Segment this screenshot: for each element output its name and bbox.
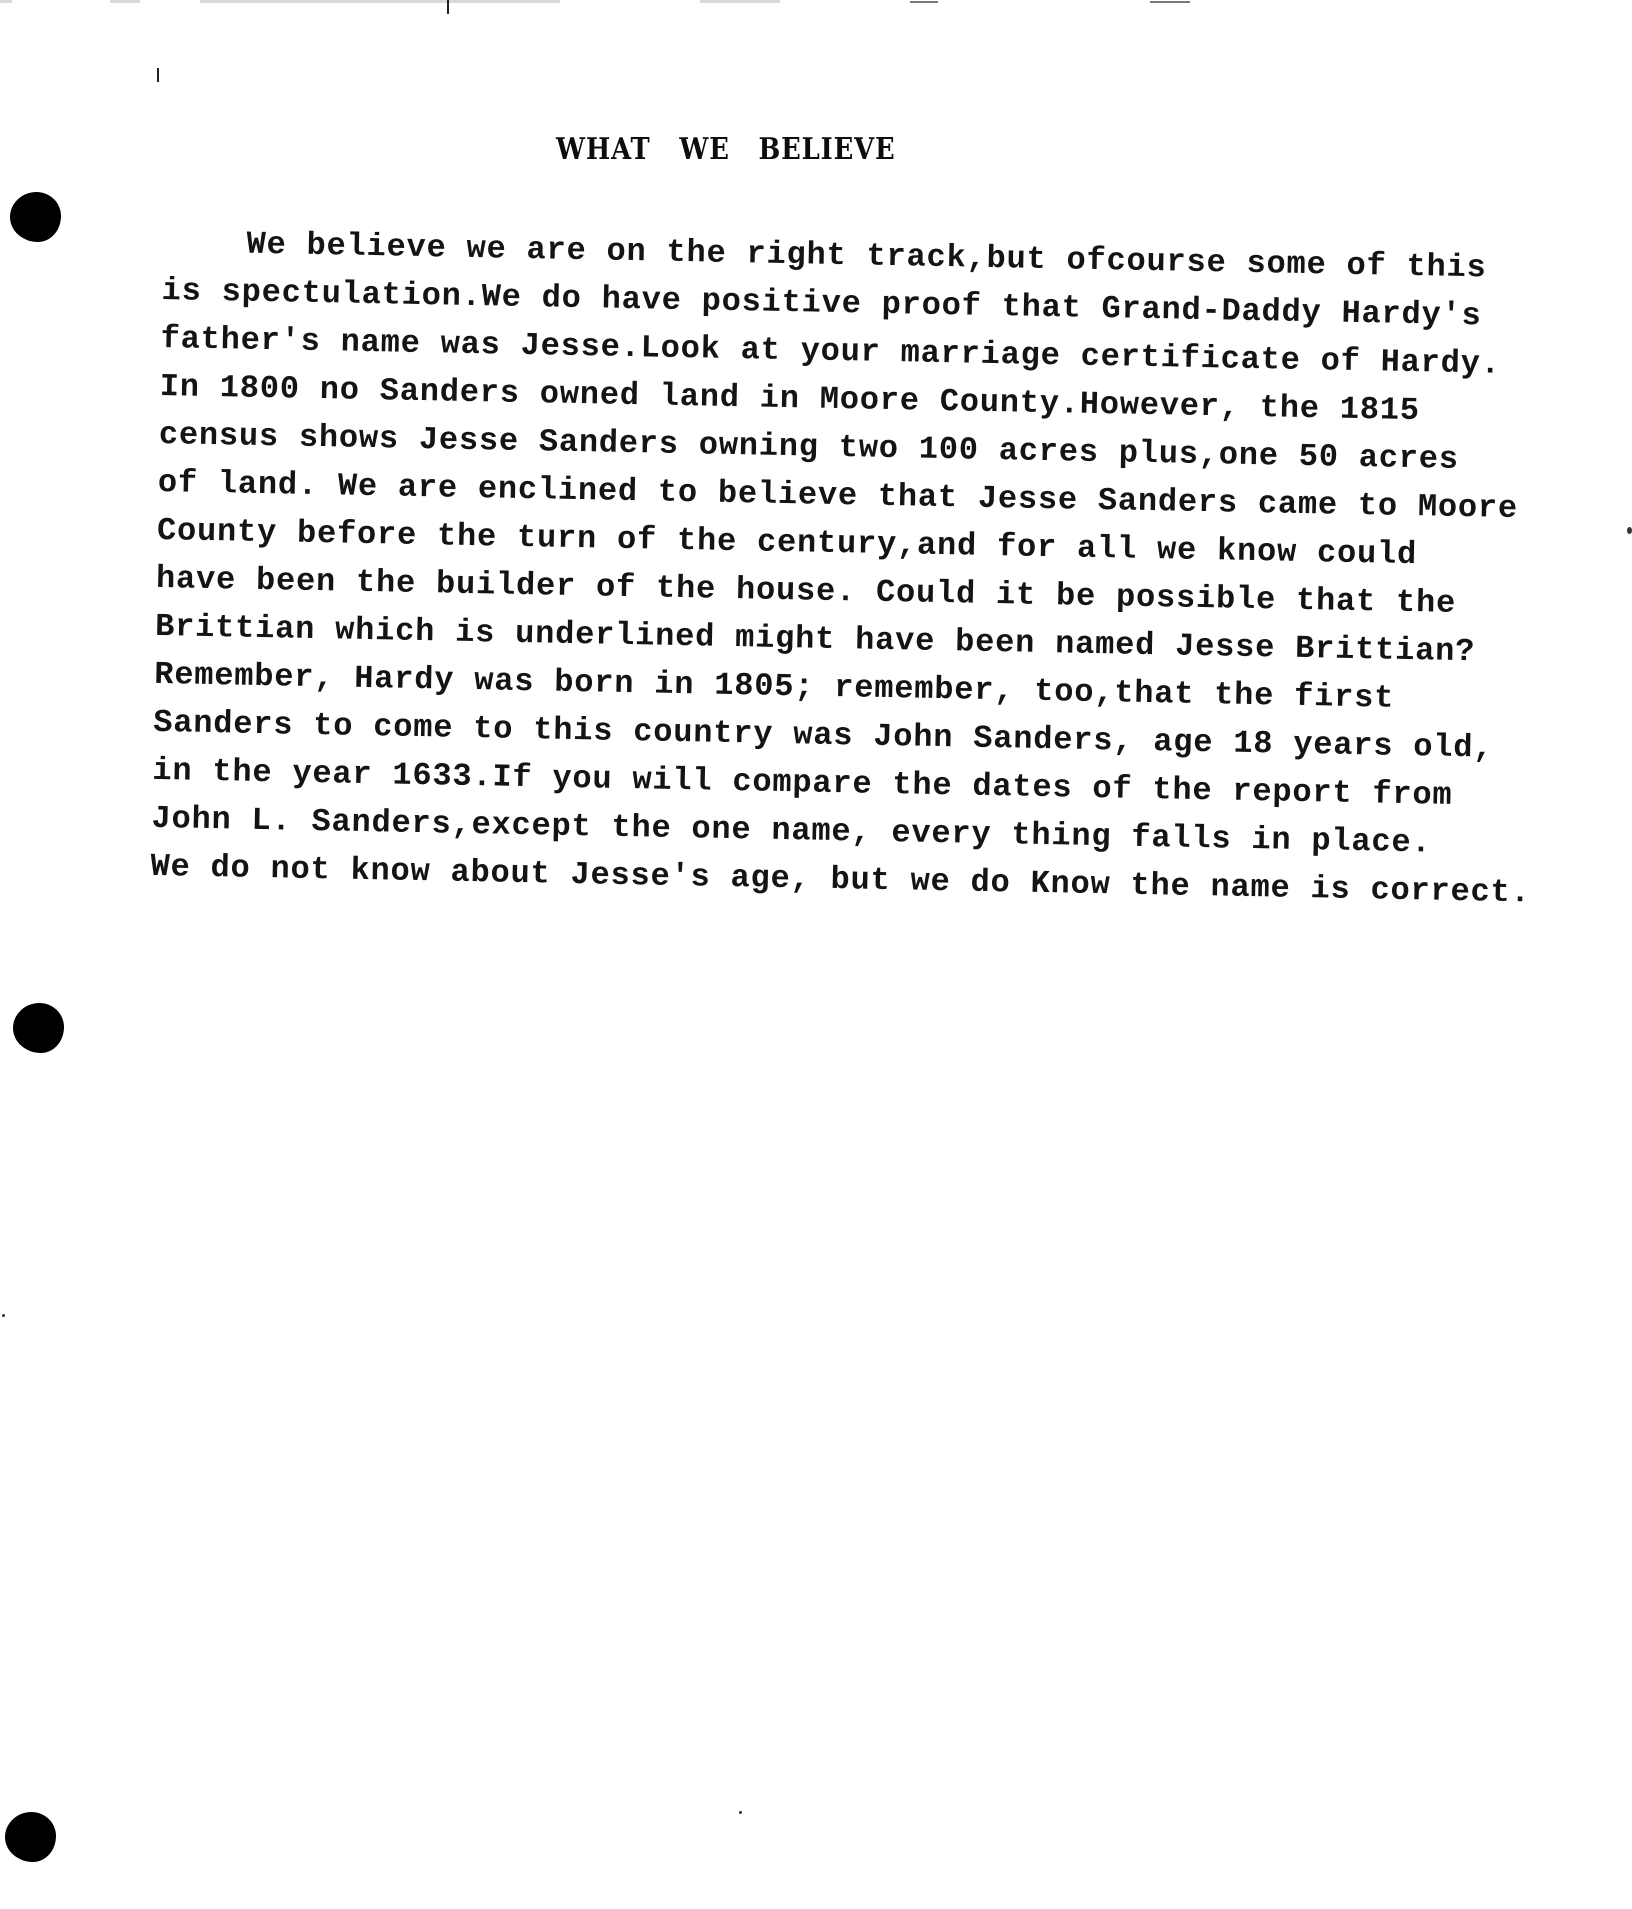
scan-edge-mark [110,0,140,3]
stray-speck [1627,527,1632,534]
document-page: WHAT WE BELIEVE We believe we are on the… [0,0,1632,1909]
scan-edge-mark [0,0,12,3]
stray-speck [2,1314,5,1317]
punch-hole-bottom [5,1812,56,1862]
punch-hole-top [10,192,61,242]
scan-edge-mark [700,0,780,3]
scan-edge-mark [910,1,938,3]
document-body: We believe we are on the right track,but… [150,219,1623,919]
document-title: WHAT WE BELIEVE [556,132,896,167]
stray-speck [739,1811,742,1814]
scan-edge-mark [447,0,449,14]
scan-edge-mark [1150,1,1190,3]
punch-hole-middle [13,1003,64,1053]
scan-edge-mark [200,0,560,3]
stray-mark [157,68,159,82]
